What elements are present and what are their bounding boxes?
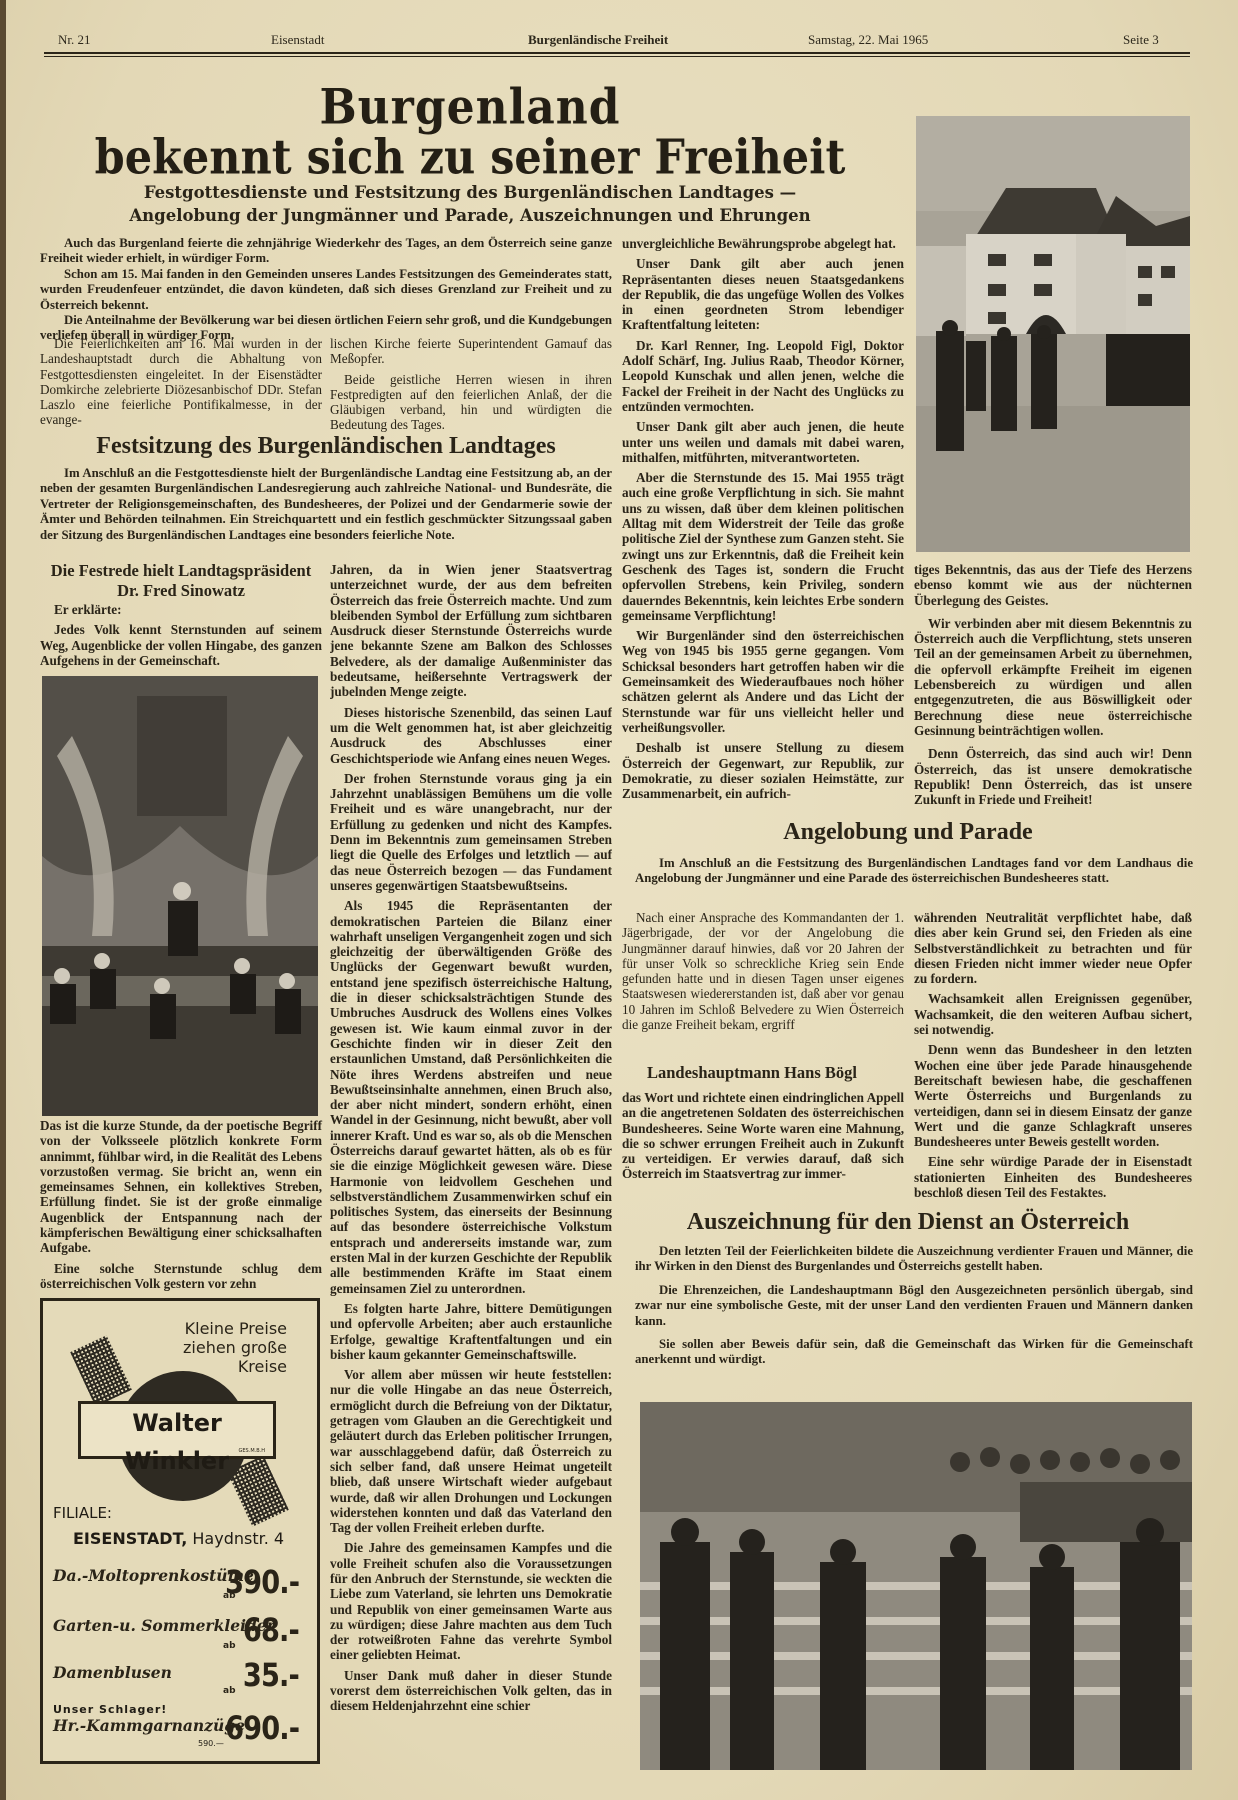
ad-item-name: Da.-Moltoprenkostüme: [53, 1566, 254, 1585]
angelobung-paragraph: Denn wenn das Bundesheer in den letzten …: [914, 1042, 1192, 1149]
ad-item-name: Garten-u. Sommerkleider: [53, 1616, 275, 1635]
angelobung-column-2: währenden Neutralität verpflichtet habe,…: [914, 910, 1192, 1205]
photo-landtag-session: [42, 676, 318, 1116]
section-heading-festsitzung: Festsitzung des Burgenländischen Landtag…: [40, 432, 612, 460]
festrede-paragraph: Der frohen Sternstunde voraus ging ja ei…: [330, 771, 612, 893]
festrede-paragraph: Deshalb ist unsere Stellung zu diesem Ös…: [622, 740, 904, 801]
festrede-intro: Er erklärte: Jedes Volk kennt Sternstund…: [40, 602, 322, 673]
ad-item-price: 35.-: [243, 1656, 299, 1694]
festrede-paragraph: Vor allem aber müssen wir heute feststel…: [330, 1367, 612, 1535]
festrede-intro-line: Er erklärte:: [40, 602, 322, 617]
festrede-paragraph: Dieses historische Szenenbild, das seine…: [330, 705, 612, 766]
section-heading-auszeichnung: Auszeichnung für den Dienst an Österreic…: [622, 1208, 1194, 1236]
angelobung-paragraph: Eine sehr würdige Parade der in Eisensta…: [914, 1154, 1192, 1200]
ad-item-ab: ab: [223, 1686, 236, 1696]
ad-special-price: 690.-: [225, 1709, 299, 1747]
ad-item-price: 68.-: [243, 1611, 299, 1649]
auszeichnung-paragraph: Den letzten Teil der Feierlichkeiten bil…: [635, 1244, 1193, 1275]
angelobung-paragraph: Wachsamkeit allen Ereignissen gegenüber,…: [914, 991, 1192, 1037]
lead-text: Auch das Burgenland feierte die zehnjähr…: [40, 236, 612, 344]
issue-number: Nr. 21: [58, 32, 91, 48]
section-heading-angelobung: Angelobung und Parade: [622, 818, 1194, 846]
ad-brand-sub: GES.M.B.H: [239, 1448, 265, 1454]
ad-special-old-price: 590.—: [198, 1739, 224, 1748]
intro-column-2: lischen Kirche feierte Superintendent Ga…: [330, 336, 612, 438]
festrede-column-2: Jahren, da in Wien jener Staatsvertrag u…: [330, 562, 612, 1794]
angelobung-lead: Im Anschluß an die Festsitzung des Burge…: [635, 856, 1193, 887]
festrede-heading: Die Festrede hielt Landtagspräsident Dr.…: [36, 561, 326, 601]
photo-parade-landhaus: [916, 116, 1190, 552]
angelobung-column-1: Nach einer Ansprache des Kommandanten de…: [622, 910, 904, 1037]
ad-special-name: Hr.-Kammgarnanzüge: [53, 1716, 245, 1735]
header-rule-thin: [44, 56, 1190, 57]
auszeichnung-paragraph: Die Ehrenzeichen, die Landeshauptmann Bö…: [635, 1283, 1193, 1329]
festrede-paragraph: unvergleichliche Bewährungsprobe abgeleg…: [622, 236, 904, 251]
subheadline-line2: Angelobung der Jungmänner und Parade, Au…: [40, 205, 900, 227]
running-header: Nr. 21 Eisenstadt Burgenländische Freihe…: [58, 32, 1188, 52]
festrede-heading-line1: Die Festrede hielt Landtagspräsident: [36, 561, 326, 581]
angelobung-column-1b: das Wort und richtete einen eindringlich…: [622, 1090, 904, 1187]
arrow-up-icon: [70, 1335, 132, 1406]
angelobung-paragraph: währenden Neutralität verpflichtet habe,…: [914, 910, 1192, 986]
festsitzung-paragraph: Im Anschluß an die Festgottesdienste hie…: [40, 466, 612, 543]
festrede-paragraph: Als 1945 die Repräsentanten der demokrat…: [330, 898, 612, 1296]
festrede-paragraph: Unser Dank gilt aber auch jenen, die heu…: [622, 419, 904, 465]
intro-paragraph: Beide geistliche Herren wiesen in ihren …: [330, 372, 612, 433]
ad-slogan-line: ziehen große: [183, 1338, 287, 1357]
headline-line2: bekennt sich zu seiner Freiheit: [40, 132, 900, 185]
intro-paragraph: Die Feierlichkeiten am 16. Mai wurden in…: [40, 336, 322, 428]
intro-column-1: Die Feierlichkeiten am 16. Mai wurden in…: [40, 336, 322, 433]
photo-parade-salute: [640, 1402, 1192, 1770]
festrede-paragraph: Eine solche Sternstunde schlug dem öster…: [40, 1261, 322, 1292]
festrede-paragraph: tiges Bekenntnis, das aus der Tiefe des …: [914, 562, 1192, 608]
subheadline-line1: Festgottesdienste und Festsitzung des Bu…: [40, 182, 900, 204]
parade-landhaus-image: [916, 116, 1190, 552]
festrede-paragraph: Dr. Karl Renner, Ing. Leopold Figl, Dokt…: [622, 338, 904, 414]
city-label: Eisenstadt: [271, 32, 324, 48]
ad-schlager-label: Unser Schlager!: [53, 1703, 167, 1716]
angelobung-subheading: Landeshauptmann Hans Bögl: [622, 1063, 882, 1083]
advertisement-walter-winkler: Kleine Preise ziehen große Kreise Walter…: [40, 1298, 320, 1764]
festrede-paragraph: Denn Österreich, das sind auch wir! Denn…: [914, 746, 1192, 807]
angelobung-paragraph: Nach einer Ansprache des Kommandanten de…: [622, 910, 904, 1032]
festrede-column-4: tiges Bekenntnis, das aus der Tiefe des …: [914, 562, 1192, 812]
festrede-paragraph: Jedes Volk kennt Sternstunden auf seinem…: [40, 622, 322, 668]
festrede-paragraph: Wir verbinden aber mit diesem Bekenntnis…: [914, 616, 1192, 738]
festrede-paragraph: Unser Dank gilt aber auch jenen Repräsen…: [622, 256, 904, 332]
ad-brand-name: Walter Winkler: [125, 1409, 229, 1475]
ad-brand-logo: Walter Winkler GES.M.B.H: [78, 1401, 276, 1459]
festrede-paragraph: Aber die Sternstunde des 15. Mai 1955 tr…: [622, 470, 904, 623]
auszeichnung-text: Den letzten Teil der Feierlichkeiten bil…: [635, 1244, 1193, 1368]
parade-salute-image: [640, 1402, 1192, 1770]
ad-item-name: Damenblusen: [53, 1663, 172, 1682]
festrede-paragraph: Jahren, da in Wien jener Staatsvertrag u…: [330, 562, 612, 700]
newspaper-page: Nr. 21 Eisenstadt Burgenländische Freihe…: [0, 0, 1238, 1800]
landtag-session-image: [42, 676, 318, 1116]
paper-name: Burgenländische Freiheit: [528, 32, 668, 48]
issue-date: Samstag, 22. Mai 1965: [808, 32, 928, 48]
header-rule: [44, 52, 1190, 54]
page-edge: [0, 0, 6, 1800]
festsitzung-text: Im Anschluß an die Festgottesdienste hie…: [40, 466, 612, 543]
festrede-paragraph: Wir Burgenländer sind den österreichisch…: [622, 628, 904, 735]
festrede-paragraph: Es folgten harte Jahre, bittere Demütigu…: [330, 1301, 612, 1362]
festrede-column-1-cont: Das ist die kurze Stunde, da der poetisc…: [40, 1118, 322, 1296]
lead-paragraph: Schon am 15. Mai fanden in den Gemeinden…: [40, 267, 612, 313]
festrede-paragraph: Die Jahre des gemeinsamen Kampfes und di…: [330, 1540, 612, 1662]
ad-item-ab: ab: [223, 1641, 236, 1651]
ad-slogan-line: Kleine Preise: [183, 1319, 287, 1338]
ad-address-street: Haydnstr. 4: [192, 1529, 284, 1548]
headline-line1: Burgenland: [40, 82, 900, 135]
festrede-paragraph: Unser Dank muß daher in dieser Stunde vo…: [330, 1668, 612, 1714]
lead-paragraph: Auch das Burgenland feierte die zehnjähr…: [40, 236, 612, 267]
auszeichnung-paragraph: Sie sollen aber Beweis dafür sein, daß d…: [635, 1337, 1193, 1368]
festrede-paragraph: Das ist die kurze Stunde, da der poetisc…: [40, 1118, 322, 1256]
angelobung-paragraph: das Wort und richtete einen eindringlich…: [622, 1090, 904, 1182]
festrede-heading-speaker: Dr. Fred Sinowatz: [36, 581, 326, 601]
ad-filiale-label: FILIALE:: [53, 1504, 112, 1522]
ad-address: EISENSTADT, Haydnstr. 4: [73, 1529, 284, 1548]
page-number: Seite 3: [1123, 32, 1159, 48]
festrede-column-3: unvergleichliche Bewährungsprobe abgeleg…: [622, 236, 904, 802]
ad-address-city: EISENSTADT,: [73, 1529, 187, 1548]
angelobung-lead-paragraph: Im Anschluß an die Festsitzung des Burge…: [635, 856, 1193, 887]
ad-slogan: Kleine Preise ziehen große Kreise: [183, 1319, 287, 1376]
intro-paragraph: lischen Kirche feierte Superintendent Ga…: [330, 336, 612, 367]
ad-item-price: 390.-: [225, 1563, 299, 1601]
